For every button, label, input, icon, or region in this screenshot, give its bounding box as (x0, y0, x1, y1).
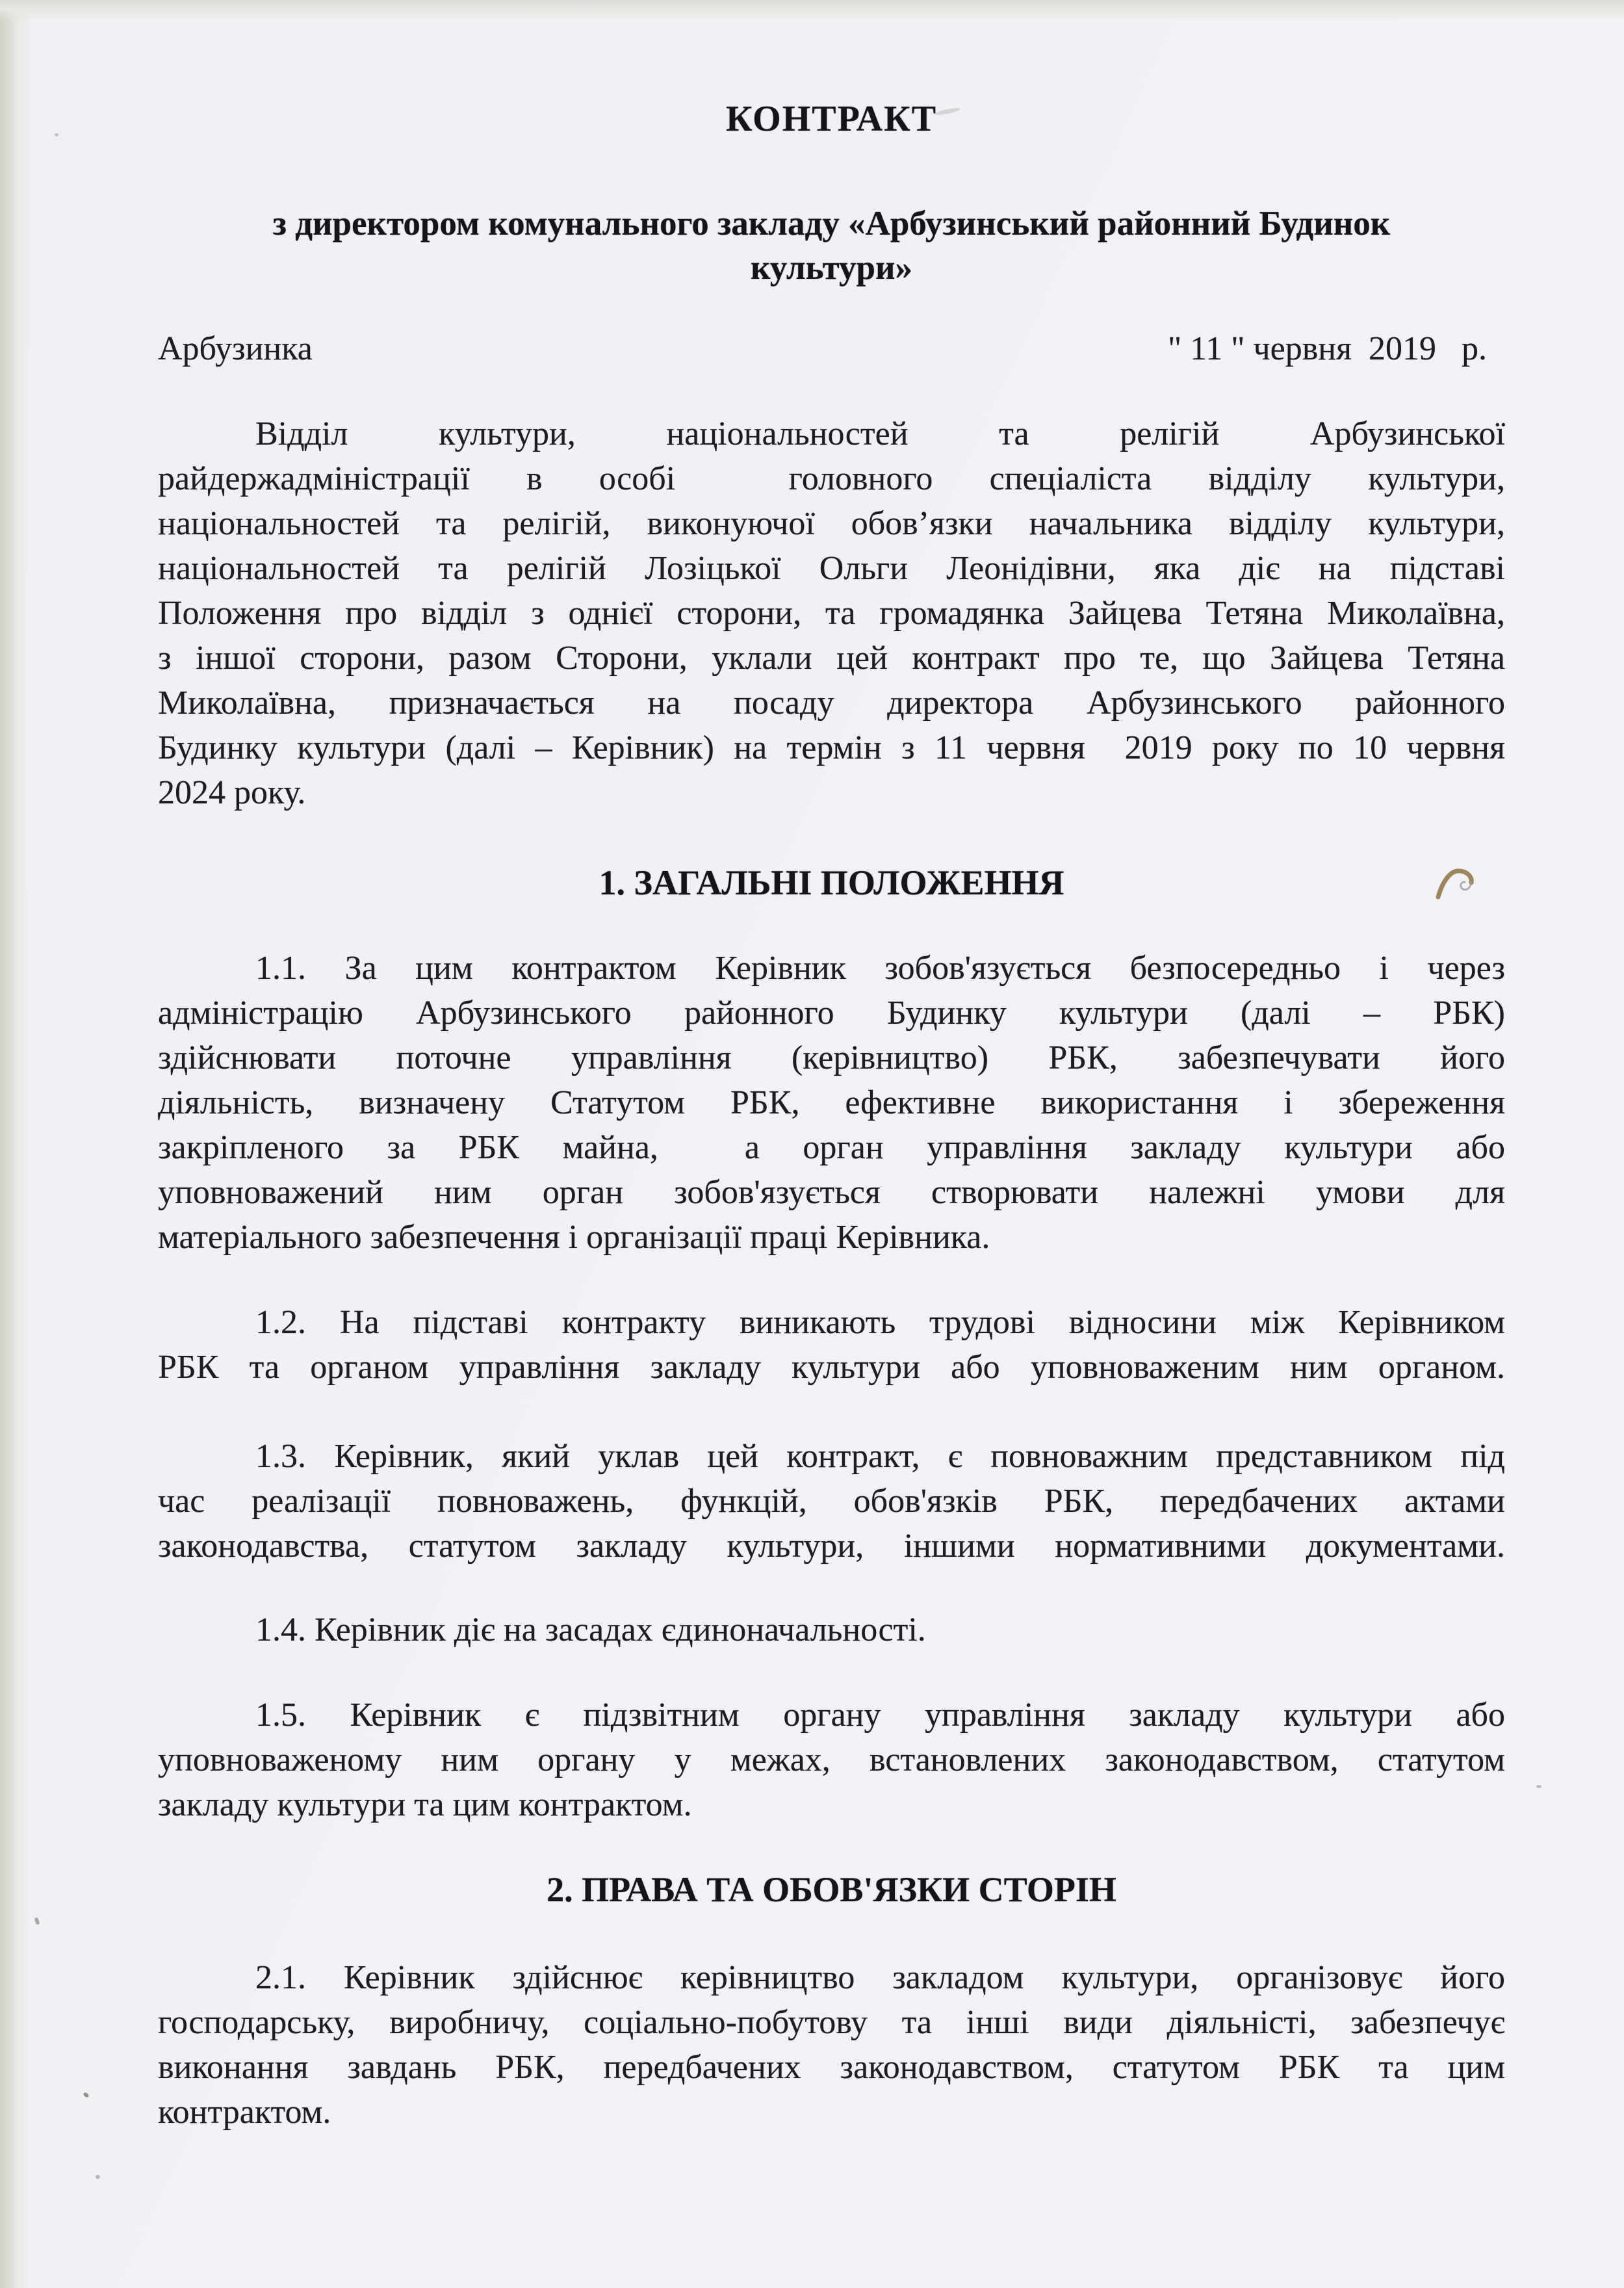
dateline-date: " 11 " червня 2019 р. (1168, 326, 1505, 371)
clause-line: 1.4. Керівник діє на засадах єдиноначаль… (158, 1607, 1505, 1652)
clause-line: контрактом. (158, 2090, 1505, 2135)
clause-line: закріпленого за РБК майна, а орган управ… (158, 1125, 1505, 1170)
preamble-line: 2024 року. (158, 770, 1505, 815)
scan-speck (34, 1917, 40, 1925)
clause-line: 1.3. Керівник, який уклав цей контракт, … (158, 1434, 1505, 1479)
clause-line: 1.2. На підставі контракту виникають тру… (158, 1300, 1505, 1345)
clause-line: 2.1. Керівник здійснює керівництво закла… (158, 1955, 1505, 2000)
subtitle-line: культури» (158, 246, 1505, 290)
preamble-line: райдержадміністрації в особі головного с… (158, 456, 1505, 501)
preamble-line: національностей та релігій, виконуючої о… (158, 501, 1505, 546)
clause-1-1: 1.1. За цим контрактом Керівник зобов'яз… (158, 946, 1505, 1260)
clause-line: діяльність, визначену Статутом РБК, ефек… (158, 1080, 1505, 1125)
section-1-heading: 1. ЗАГАЛЬНІ ПОЛОЖЕННЯ (158, 861, 1505, 905)
clause-line: час реалізації повноважень, функцій, обо… (158, 1479, 1505, 1524)
scan-edge-left (0, 0, 30, 2288)
clause-line: господарську, виробничу, соціально-побут… (158, 2000, 1505, 2045)
dateline-city: Арбузинка (158, 326, 313, 371)
clause-2-1: 2.1. Керівник здійснює керівництво закла… (158, 1955, 1505, 2135)
section-2-heading: 2. ПРАВА ТА ОБОВ'ЯЗКИ СТОРІН (158, 1867, 1505, 1912)
clause-line: закладу культури та цим контрактом. (158, 1782, 1505, 1827)
clause-1-4: 1.4. Керівник діє на засадах єдиноначаль… (158, 1607, 1505, 1652)
scan-speck (96, 2175, 100, 2179)
subtitle-line: з директором комунального закладу «Арбуз… (158, 201, 1505, 246)
preamble-paragraph: Відділ культури, національностей та релі… (158, 411, 1505, 815)
preamble-line: національностей та релігій Лозіцької Оль… (158, 546, 1505, 591)
scan-speck (83, 2092, 90, 2098)
clause-line: матеріального забезпечення і організації… (158, 1215, 1505, 1260)
clause-line: виконання завдань РБК, передбачених зако… (158, 2045, 1505, 2090)
clause-line: 1.1. За цим контрактом Керівник зобов'яз… (158, 946, 1505, 991)
preamble-line: Відділ культури, національностей та релі… (158, 411, 1505, 456)
clause-1-2: 1.2. На підставі контракту виникають тру… (158, 1300, 1505, 1390)
dateline: Арбузинка " 11 " червня 2019 р. (158, 326, 1505, 371)
clause-line: адміністрацію Арбузинського районного Бу… (158, 991, 1505, 1035)
preamble-line: Положення про відділ з однієї сторони, т… (158, 591, 1505, 636)
scan-edge-top (0, 0, 1624, 21)
clause-1-5: 1.5. Керівник є підзвітним органу управл… (158, 1693, 1505, 1827)
scanned-contract-page: КОНТРАКТ з директором комунального закла… (0, 0, 1624, 2288)
clause-line: уповноважений ним орган зобов'язується с… (158, 1170, 1505, 1215)
clause-line: РБК та органом управління закладу культу… (158, 1345, 1505, 1390)
clause-line: 1.5. Керівник є підзвітним органу управл… (158, 1693, 1505, 1737)
preamble-line: Будинку культури (далі – Керівник) на те… (158, 725, 1505, 770)
clause-1-3: 1.3. Керівник, який уклав цей контракт, … (158, 1434, 1505, 1568)
scan-speck (1536, 1785, 1541, 1788)
scan-speck (55, 133, 58, 136)
document-subtitle: з директором комунального закладу «Арбуз… (158, 201, 1505, 290)
contract-text-block: КОНТРАКТ з директором комунального закла… (158, 97, 1505, 2135)
preamble-line: Миколаївна, призначається на посаду дире… (158, 681, 1505, 725)
clause-line: уповноваженому ним органу у межах, встан… (158, 1737, 1505, 1782)
preamble-line: з іншої сторони, разом Сторони, уклали ц… (158, 636, 1505, 681)
document-title: КОНТРАКТ (158, 97, 1505, 140)
clause-line: законодавства, статутом закладу культури… (158, 1524, 1505, 1568)
clause-line: здійснювати поточне управління (керівниц… (158, 1035, 1505, 1080)
